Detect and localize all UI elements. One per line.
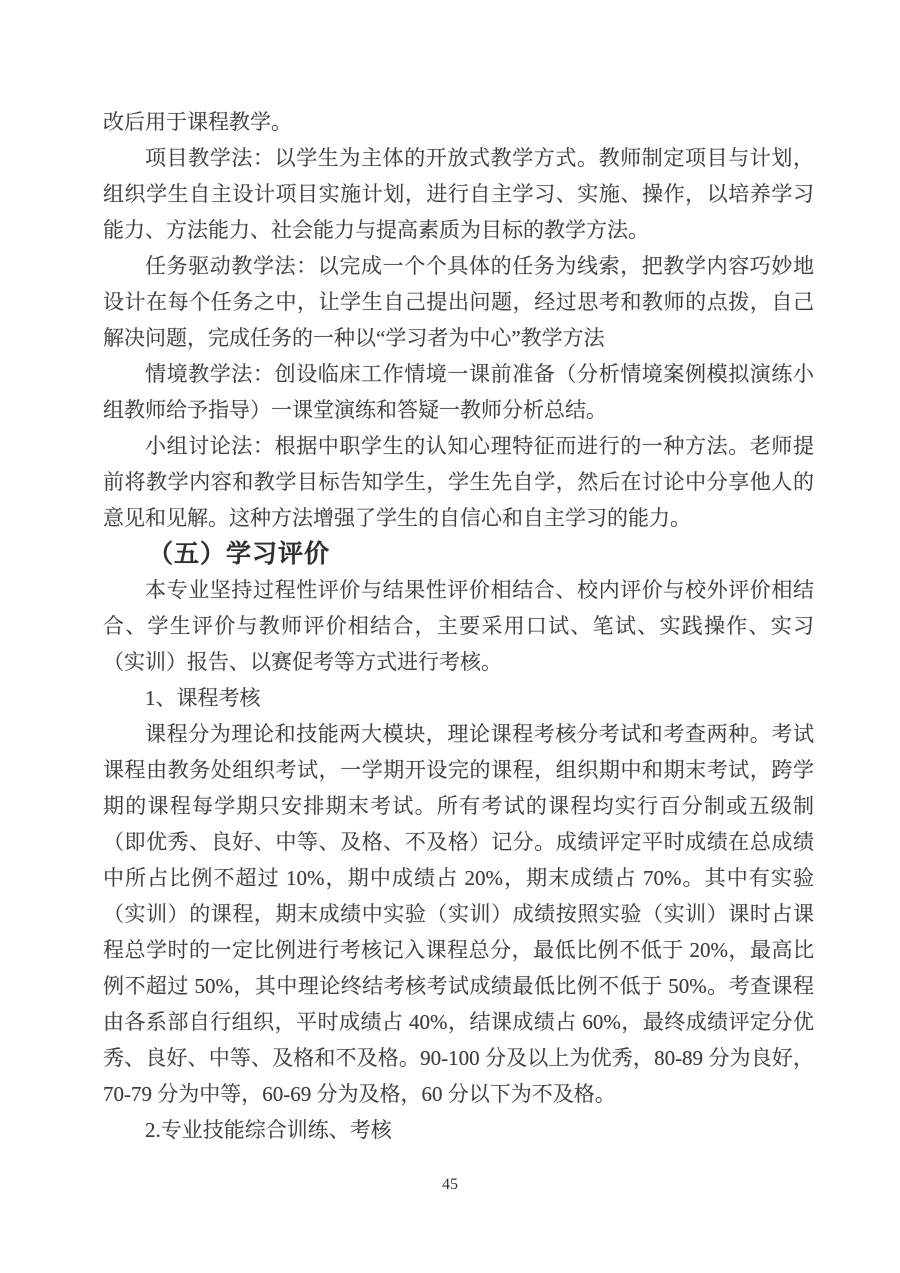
paragraph-continuation: 改后用于课程教学。 bbox=[103, 104, 814, 140]
page-footer: 45 bbox=[0, 1176, 900, 1194]
list-item-skill-training-assessment: 2.专业技能综合训练、考核 bbox=[103, 1112, 814, 1148]
paragraph-group-discussion-method: 小组讨论法：根据中职学生的认知心理特征而进行的一种方法。老师提前将教学内容和教学… bbox=[103, 428, 814, 536]
section-heading-learning-evaluation: （五）学习评价 bbox=[103, 536, 814, 572]
list-item-course-assessment: 1、课程考核 bbox=[103, 680, 814, 716]
document-page: 改后用于课程教学。 项目教学法：以学生为主体的开放式教学方式。教师制定项目与计划… bbox=[0, 0, 900, 1273]
paragraph-course-assessment-detail: 课程分为理论和技能两大模块，理论课程考核分考试和考查两种。考试课程由教务处组织考… bbox=[103, 716, 814, 1112]
page-content: 改后用于课程教学。 项目教学法：以学生为主体的开放式教学方式。教师制定项目与计划… bbox=[103, 104, 814, 1148]
paragraph-task-driven-method: 任务驱动教学法：以完成一个个具体的任务为线索，把教学内容巧妙地设计在每个任务之中… bbox=[103, 248, 814, 356]
paragraph-project-teaching-method: 项目教学法：以学生为主体的开放式教学方式。教师制定项目与计划，组织学生自主设计项… bbox=[103, 140, 814, 248]
paragraph-situational-teaching-method: 情境教学法：创设临床工作情境一课前准备（分析情境案例模拟演练小组教师给予指导）一… bbox=[103, 356, 814, 428]
page-number: 45 bbox=[442, 1176, 458, 1193]
paragraph-evaluation-overview: 本专业坚持过程性评价与结果性评价相结合、校内评价与校外评价相结合、学生评价与教师… bbox=[103, 572, 814, 680]
